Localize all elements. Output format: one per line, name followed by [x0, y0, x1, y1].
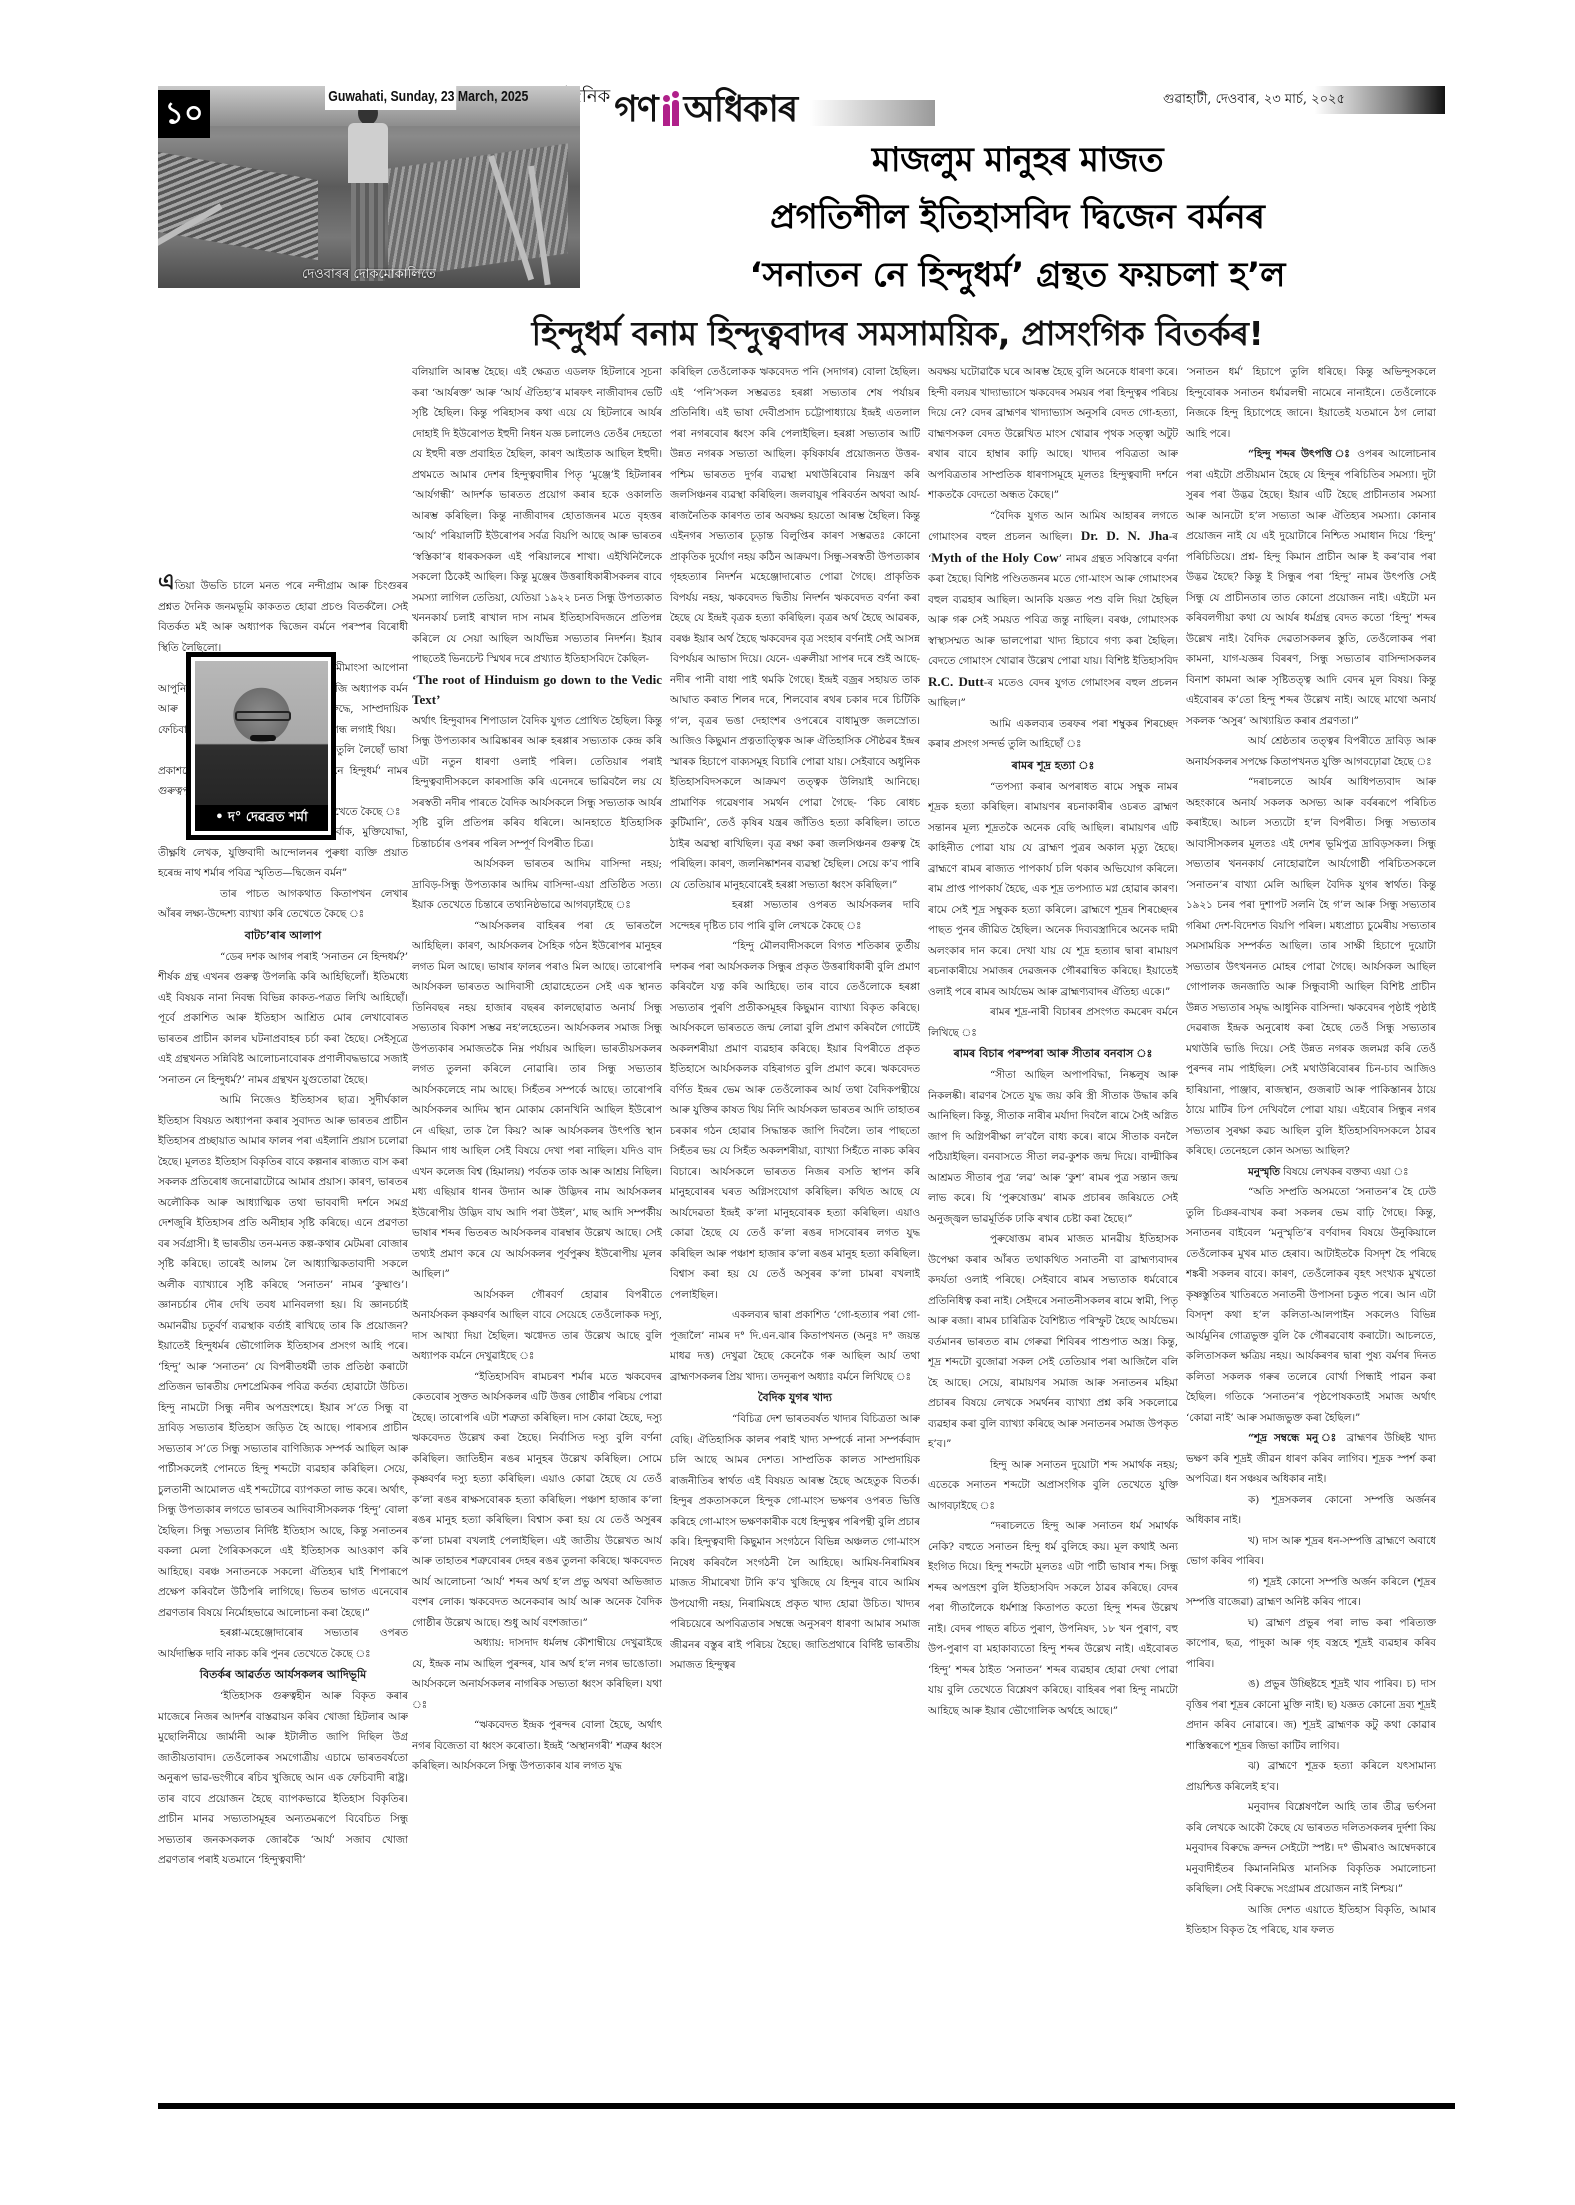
quote-paragraph: “তপস্যা কৰাৰ অপৰাধত ৰামে সম্বুক নামৰ শূদ… [928, 777, 1178, 1003]
headline-line-1: মাজলুম মানুহৰ মাজত [580, 132, 1455, 188]
quote-paragraph: “বৈদিক যুগত আন আমিষ আহাৰৰ লগতে গোমাংসৰ ব… [928, 506, 1178, 714]
list-item: গ) শূদ্ৰই কোনো সম্পত্তি অৰ্জন কৰিলে (শূদ… [1186, 1572, 1436, 1613]
paragraph: আৰ্য শ্ৰেষ্ঠতাৰ তত্ত্বৰ বিপৰীতে দ্ৰাবিড়… [1186, 731, 1436, 772]
quote-paragraph: “আৰ্যসকলৰ বাহিৰৰ পৰা হে ভাৰতলৈ আহিছিল। ক… [412, 916, 662, 1285]
quote-paragraph: “সীতা আছিল অপাপবিদ্ধা, নিষ্কলুষ আৰু নিকল… [928, 1065, 1178, 1229]
list-item: ঙ) প্ৰভুৰ উচ্ছিষ্টহে শূদ্ৰই খাব পাৰিব। চ… [1186, 1674, 1436, 1756]
paragraph: আৰ্যসকল ভাৰতৰ আদিম বাসিন্দা নহয়; দ্ৰাবি… [412, 854, 662, 916]
quote-paragraph: “বিচিত্ৰ দেশ ভাৰতবৰ্ষত খাদ্যৰ বিচিত্ৰতা … [670, 1409, 920, 1676]
subheading: বিতৰ্কৰ আৱৰ্তত আৰ্যসকলৰ আদিভূমি [158, 1664, 408, 1686]
page-number: ১০ [158, 90, 210, 138]
masthead-gradient-bar [810, 100, 935, 126]
inline-subheading: মনুস্মৃতি [1248, 1166, 1280, 1178]
paragraph: একলব্যৰ দ্বাৰা প্ৰকাশিত ‘গো-হত্যাৰ পৰা গ… [670, 1305, 920, 1387]
subheading: ৰামৰ শূদ্ৰ হত্যা ঃ [928, 755, 1178, 777]
paragraph: আমি একলব্যৰ তৰফৰ পৰা শম্বুকৰ শিৰচ্ছেদ কৰ… [928, 714, 1178, 755]
headline-line-4: হিন্দুধৰ্ম বনাম হিন্দুত্ববাদৰ সমসাময়িক,… [340, 308, 1455, 360]
paragraph: ‘ইতিহাসক গুৰুত্বহীন আৰু বিকৃত কৰাৰ মাজেৰ… [158, 1686, 408, 1871]
author-box: • দ° দেৱব্ৰত শৰ্মা [186, 652, 336, 840]
newspaper-page: ১০ Guwahati, Sunday, 23 March, 2025 দৈনি… [150, 80, 1455, 2190]
paragraph: আমি নিজেও ইতিহাসৰ ছাত্ৰ। সুদীৰ্ঘকাল ইতিহ… [158, 1090, 408, 1623]
quote-paragraph: “অতি সম্প্ৰতি অসমতো ‘সনাতন’ৰ হৈ ঢেউ তুলি… [1186, 1182, 1436, 1428]
paragraph: অধ্যায়: দাসদাদ ধৰ্মলম্ব কৌশাম্বীয়ে দেখ… [412, 1633, 662, 1715]
quote-paragraph: “হিন্দু মৌলবাদীসকলে বিগত শতিকাৰ তুৰ্তীয়… [670, 936, 920, 1305]
headline-line-2: প্ৰগতিশীল ইতিহাসবিদ দ্বিজেন বৰ্মনৰ [580, 188, 1455, 246]
column-4: অবক্ষয় ঘটোৱাকৈ ঘৰে আৰম্ভ হৈছে বুলি অনেক… [928, 362, 1178, 2107]
paragraph: ৰামৰ শূদ্ৰ-নাৰী বিচাৰৰ প্ৰসংগত কমৰেদ বৰ্… [928, 1002, 1178, 1043]
brand-part1: গণ [614, 92, 657, 128]
english-dateline: Guwahati, Sunday, 23 March, 2025 [325, 84, 456, 110]
quote-paragraph: “ইতিহাসবিদ ৰামচৰণ শৰ্মাৰ মতে ঋকবেদৰ কেতব… [412, 1367, 662, 1634]
subheading: বাটচ’ৰাৰ আলাপ [158, 925, 408, 947]
person-in-photo [348, 101, 388, 281]
list-item: খ) দাস আৰু শূদ্ৰৰ ধন-সম্পত্তি ব্ৰাহ্মণে … [1186, 1531, 1436, 1572]
paragraph: হিন্দু আৰু সনাতন দুয়োটা শব্দ সমাৰ্থক নহ… [928, 1455, 1178, 1517]
headline-line-3: ‘সনাতন নে হিন্দুধৰ্ম’ গ্ৰন্থত ফয়চলা হ’ল [580, 246, 1455, 304]
paragraph: বলিয়ালি আৰম্ভ হৈছে। এই ক্ষেত্ৰত এডলফ হি… [412, 362, 662, 670]
paragraph: তিয়া উভতি চালে মনত পৰে নন্দীগ্ৰাম আৰু চ… [158, 580, 408, 654]
paragraph: মনুবাদৰ বিশ্লেষণলৈ আহি তাৰ তীব্ৰ ভৰ্ৎসনা… [1186, 1797, 1436, 1900]
column-3: কৰিছিল তেওঁলোকক ঋকবেদত পনি (সদাগৰ) বোলা … [670, 362, 920, 2107]
paragraph: আৰ্যসকল গৌৰবৰ্ণ হোৱাৰ বিপৰীতে অনাৰ্যসকল … [412, 1285, 662, 1367]
paragraph: পুৰুষোত্তম ৰামৰ মাজত মানৱীয় ইতিহাসক উপে… [928, 1229, 1178, 1455]
paragraph: ‘সনাতন ধৰ্ম’ হিচাপে তুলি ধৰিছে। কিন্তু অ… [1186, 362, 1436, 444]
column-1: • দ° দেৱব্ৰত শৰ্মা এতিয়া উভতি চালে মনত … [158, 362, 408, 2107]
list-item: ক) শূদ্ৰসকলৰ কোনো সম্পত্তি অৰ্জনৰ অধিকাৰ… [1186, 1490, 1436, 1531]
article-body: • দ° দেৱব্ৰত শৰ্মা এতিয়া উভতি চালে মনত … [150, 362, 1455, 2107]
author-reference: Dr. D. N. Jha [1081, 528, 1169, 543]
quote-paragraph: “দৰাচলতে আৰ্যৰ আধিপত্যবাদ আৰু অহংকাৰে অন… [1186, 772, 1436, 1162]
quote-paragraph: “ডেৰ দশক আগৰ পৰাই ‘সনাতন নে হিন্দধৰ্ম?’ … [158, 947, 408, 1091]
quote-paragraph: “ঋকবেদত ইন্দ্ৰক পুৰন্দৰ বোলা হৈছে, অৰ্থা… [412, 1715, 662, 1777]
quote-paragraph: “দৰাচলতে হিন্দু আৰু সনাতন ধৰ্ম সমাৰ্থক ন… [928, 1516, 1178, 1721]
paragraph: কৰিছিল তেওঁলোকক ঋকবেদত পনি (সদাগৰ) বোলা … [670, 362, 920, 895]
paragraph: তাৰ পাচত আগকথাত কিতাপখন লেখাৰ আঁৰৰ লক্ষ্… [158, 884, 408, 925]
paragraph: অবক্ষয় ঘটোৱাকৈ ঘৰে আৰম্ভ হৈছে বুলি অনেক… [928, 362, 1178, 506]
news-photo: দেওবাৰৰ দোকমোকালিতে [158, 86, 580, 288]
subheading: ৰামৰ বিচাৰ পৰম্পৰা আৰু সীতাৰ বনবাস ঃ [928, 1043, 1178, 1065]
paragraph: হৰপ্পা-মহেঞ্জোদাৰোৰ সভ্যতাৰ ওপৰত আৰ্যদাম… [158, 1623, 408, 1664]
assamese-dateline: গুৱাহাটী, দেওবাৰ, ২৩ মাৰ্চ, ২০২৫ [1155, 86, 1445, 114]
subheading: বৈদিক যুগৰ খাদ্য [670, 1387, 920, 1409]
paragraph: ওপৰৰ আলোচনাৰ পৰা এইটো প্ৰতীয়মান হৈছে যে… [1186, 448, 1436, 727]
photo-caption: দেওবাৰৰ দোকমোকালিতে [158, 265, 580, 286]
list-item: ঝ) ব্ৰাহ্মণে শূদ্ৰক হত্যা কৰিলে যৎসামান্… [1186, 1756, 1436, 1797]
historian-reference: R.C. Dutt [928, 674, 984, 689]
paragraph: হৰপ্পা সভ্যতাৰ ওপৰত আৰ্যসকলৰ দাবি সন্দেহ… [670, 895, 920, 936]
english-quote: ‘The root of Hinduism go down to the Ved… [412, 670, 662, 711]
column-5: ‘সনাতন ধৰ্ম’ হিচাপে তুলি ধৰিছে। কিন্তু অ… [1186, 362, 1436, 2107]
author-photo [195, 661, 328, 811]
column-2: বলিয়ালি আৰম্ভ হৈছে। এই ক্ষেত্ৰত এডলফ হি… [412, 362, 662, 2107]
inline-subheading: “শূদ্ৰ সম্বন্ধে মনু ঃ [1248, 1432, 1340, 1444]
inline-subheading: “হিন্দু শব্দৰ উৎপত্তি ঃ [1248, 448, 1352, 460]
headline: মাজলুম মানুহৰ মাজত প্ৰগতিশীল ইতিহাসবিদ দ… [580, 132, 1455, 304]
author-name: • দ° দেৱব্ৰত শৰ্মা [195, 805, 328, 831]
newspaper-logo: দৈনিক গণ অধিকাৰ [565, 80, 797, 128]
drop-cap: এ [158, 569, 175, 595]
list-item: ঘ) ব্ৰাহ্মণ প্ৰভুৰ পৰা লাভ কৰা পৰিত্যক্ত… [1186, 1613, 1436, 1675]
paragraph: আজি দেশত এয়াতে ইতিহাস বিকৃতি, আমাৰ ইতিহ… [1186, 1900, 1436, 1941]
brand-part2: অধিকাৰ [684, 92, 798, 128]
people-logo-icon [662, 94, 680, 128]
paragraph: অৰ্থাৎ হিন্দুবাদৰ শিপাডাল বৈদিক যুগত প্ৰ… [412, 711, 662, 855]
bottom-rule [158, 2103, 1455, 2109]
book-title: Myth of the Holy Cow [931, 550, 1058, 565]
